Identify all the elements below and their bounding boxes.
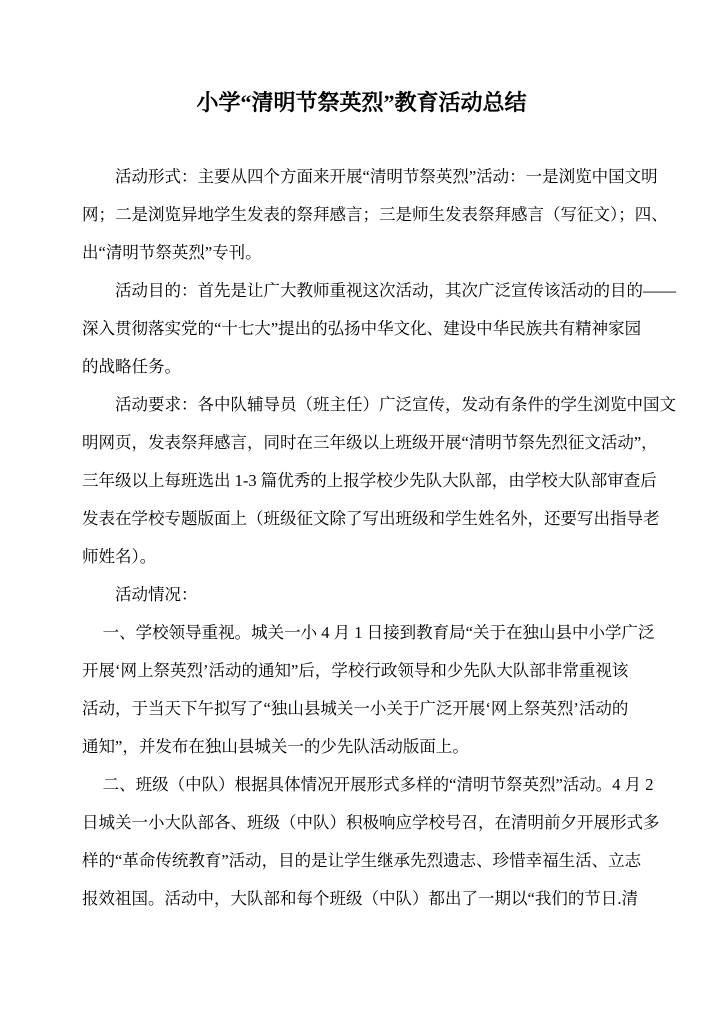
- text-line: 活动，于当天下午拟写了“独山县城关一小关于广泛开展‘网上祭英烈’活动的: [82, 690, 641, 728]
- paragraph: 活动要求：各中队辅导员（班主任）广泛宣传，发动有条件的学生浏览中国文明网页，发表…: [82, 386, 641, 576]
- text-line: 活动目的：首先是让广大教师重视这次活动，其次广泛宣传该活动的目的——: [82, 272, 641, 310]
- paragraph: 一、学校领导重视。城关一小 4 月 1 日接到教育局“关于在独山县中小学广泛开展…: [82, 614, 641, 766]
- text-line: 二、班级（中队）根据具体情况开展形式多样的“清明节祭英烈”活动。4 月 2: [82, 766, 641, 804]
- text-line: 三年级以上每班选出 1-3 篇优秀的上报学校少先队大队部，由学校大队部审查后: [82, 462, 641, 500]
- text-line: 一、学校领导重视。城关一小 4 月 1 日接到教育局“关于在独山县中小学广泛: [82, 614, 641, 652]
- text-line: 明网页，发表祭拜感言，同时在三年级以上班级开展“清明节祭先烈征文活动”，: [82, 424, 641, 462]
- document-title: 小学“清明节祭英烈”教育活动总结: [82, 86, 641, 120]
- text-line: 日城关一小大队部各、班级（中队）积极响应学校号召，在清明前夕开展形式多: [82, 804, 641, 842]
- text-line: 网；二是浏览异地学生发表的祭拜感言；三是师生发表祭拜感言（写征文）；四、: [82, 196, 641, 234]
- text-line: 样的“革命传统教育”活动，目的是让学生继承先烈遗志、珍惜幸福生活、立志: [82, 842, 641, 880]
- paragraph: 二、班级（中队）根据具体情况开展形式多样的“清明节祭英烈”活动。4 月 2日城关…: [82, 766, 641, 918]
- text-line: 开展‘网上祭英烈’活动的通知”后，学校行政领导和少先队大队部非常重视该: [82, 652, 641, 690]
- text-line: 师姓名）。: [82, 538, 641, 576]
- document-body: 活动形式：主要从四个方面来开展“清明节祭英烈”活动：一是浏览中国文明网；二是浏览…: [82, 158, 641, 918]
- text-line: 发表在学校专题版面上（班级征文除了写出班级和学生姓名外，还要写出指导老: [82, 500, 641, 538]
- paragraph: 活动形式：主要从四个方面来开展“清明节祭英烈”活动：一是浏览中国文明网；二是浏览…: [82, 158, 641, 272]
- text-line: 的战略任务。: [82, 348, 641, 386]
- text-line: 深入贯彻落实党的“十七大”提出的弘扬中华文化、建设中华民族共有精神家园: [82, 310, 641, 348]
- text-line: 出“清明节祭英烈”专刊。: [82, 234, 641, 272]
- text-line: 报效祖国。活动中，大队部和每个班级（中队）都出了一期以“我们的节日.清: [82, 880, 641, 918]
- text-line: 活动情况：: [82, 576, 641, 614]
- paragraph: 活动情况：: [82, 576, 641, 614]
- text-line: 活动要求：各中队辅导员（班主任）广泛宣传，发动有条件的学生浏览中国文: [82, 386, 641, 424]
- text-line: 通知”，并发布在独山县城关一的少先队活动版面上。: [82, 728, 641, 766]
- document-page: 小学“清明节祭英烈”教育活动总结 活动形式：主要从四个方面来开展“清明节祭英烈”…: [0, 0, 721, 1020]
- paragraph: 活动目的：首先是让广大教师重视这次活动，其次广泛宣传该活动的目的——深入贯彻落实…: [82, 272, 641, 386]
- text-line: 活动形式：主要从四个方面来开展“清明节祭英烈”活动：一是浏览中国文明: [82, 158, 641, 196]
